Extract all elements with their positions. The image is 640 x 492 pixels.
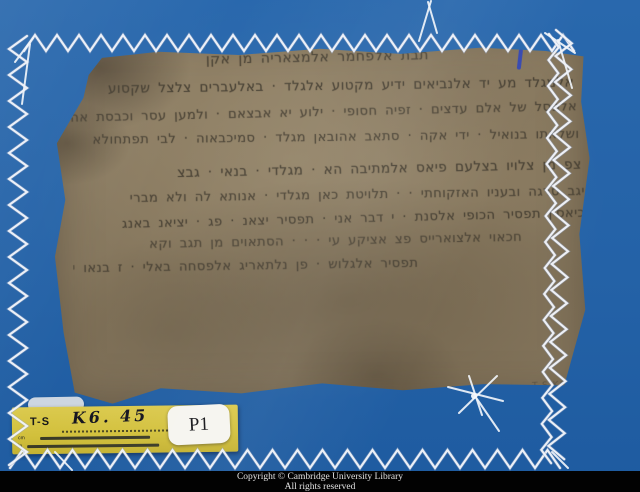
manuscript-text-line: אלפסל של אלם עדצים · זפיה חסופי · ילוע י… — [62, 99, 577, 126]
manuscript-text-line: תפסיר אלגלוש · פן נלתאריג אלפסחה באלי · … — [73, 256, 418, 276]
manuscript-text-line: צפ מן צלויו בצלעם פיאס אלמתיבה הא · מגלד… — [67, 157, 582, 184]
label-classmark-handwritten: K6. 45 — [72, 406, 149, 428]
copyright-line2: All rights reserved — [0, 482, 640, 492]
pencil-classmark: T-S K6.45 — [532, 379, 584, 391]
page-sticker-label: P1 — [188, 413, 209, 436]
manuscript-fragment: תבת אלפחמר אלמצאריה מן אקן אלמגלד מע יד … — [51, 26, 592, 408]
manuscript-text-line: חכאוי אלצוארייס פצ אציקע עי · · · הסתאוי… — [62, 230, 522, 254]
scale-unit-in: in — [18, 444, 22, 449]
manuscript-text-line: תבת אלפחמר אלמצאריה מן אקן — [129, 47, 429, 69]
scale-unit-cm: cm — [18, 436, 25, 441]
manuscript-text-line: אלמגלד מע יד אלנביאים ידיע מקטוע אלגלד ·… — [69, 74, 574, 97]
scale-bar-in — [27, 444, 159, 448]
copyright-line1: Copyright © Cambridge University Library — [0, 472, 640, 482]
scale-bar-cm — [40, 436, 150, 440]
label-prefix: T-S — [30, 416, 50, 428]
manuscript-text-line: ושלאתו בנואיל · ידי אקה · סתאב אהובאן מג… — [61, 127, 579, 148]
copyright-bar: Copyright © Cambridge University Library… — [0, 471, 640, 492]
blue-ink-mark — [517, 48, 523, 69]
page-sticker: P1 — [167, 404, 231, 446]
classmark-dotted-line — [62, 427, 180, 432]
photo-background: תבת אלפחמר אלמצאריה מן אקן אלמגלד מע יד … — [0, 0, 640, 492]
classmark-label: T-S K6. 45 cm in P1 — [12, 405, 239, 455]
manuscript-text-line: יגב סרגה ובעניו האזקוחתי · · תלויטת כאן … — [63, 184, 585, 207]
